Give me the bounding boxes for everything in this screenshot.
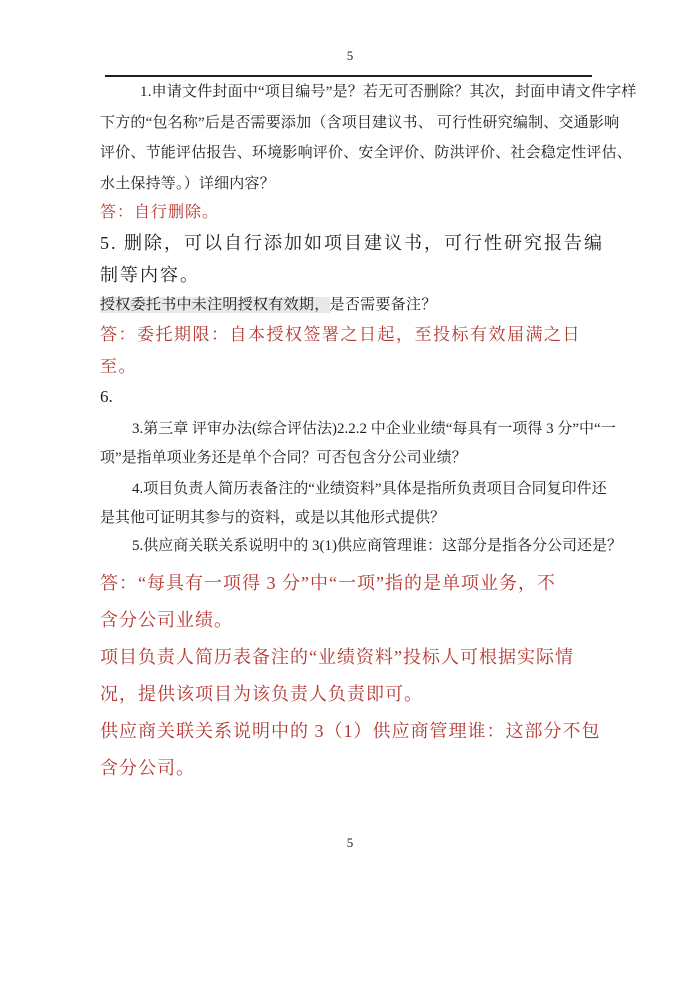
page-footer-number: 5 <box>0 787 700 850</box>
authorization-answer: 答：委托期限：自本授权签署之日起，至投标有效届满之日 至。 <box>100 319 653 383</box>
page-content: 1.申请文件封面中“项目编号”是？若无可否删除？其次，封面申请文件字样 下方的“… <box>100 77 653 787</box>
sub-question-3: 3.第三章 评审办法(综合评估法)2.2.2 中企业业绩“每具有一项得 3 分”… <box>100 415 653 472</box>
sub-question-5: 5.供应商关联关系说明中的 3(1)供应商管理谁：这部分是指各分公司还是？ <box>100 532 653 561</box>
answer-delete: 答：自行删除。 <box>100 199 653 227</box>
page-header-number: 5 <box>0 0 700 63</box>
sub-question-4: 4.项目负责人简历表备注的“业绩资料”具体是指所负责项目合同复印件还 是其他可证… <box>100 475 653 532</box>
authorization-question-highlighted: 授权委托书中未注明授权有效期， <box>100 297 330 313</box>
question-1-paragraph: 1.申请文件封面中“项目编号”是？若无可否删除？其次，封面申请文件字样 下方的“… <box>100 77 653 199</box>
authorization-question: 授权委托书中未注明授权有效期，是否需要备注？ <box>100 291 653 319</box>
answer-business-performance: 答：“每具有一项得 3 分”中“一项”指的是单项业务，不 含分公司业绩。 <box>100 565 653 639</box>
answer-supplier-relation: 供应商关联关系说明中的 3（1）供应商管理谁：这部分不包 含分公司。 <box>100 713 653 787</box>
document-page: 5 1.申请文件封面中“项目编号”是？若无可否删除？其次，封面申请文件字样 下方… <box>0 0 700 989</box>
note-item-5: 5. 删除，可以自行添加如项目建议书，可行性研究报告编 制等内容。 <box>100 227 653 291</box>
answer-resume-note: 项目负责人简历表备注的“业绩资料”投标人可根据实际情 况，提供该项目为该负责人负… <box>100 639 653 713</box>
authorization-question-rest: 是否需要备注？ <box>330 297 437 313</box>
section-number-6: 6. <box>100 383 653 411</box>
